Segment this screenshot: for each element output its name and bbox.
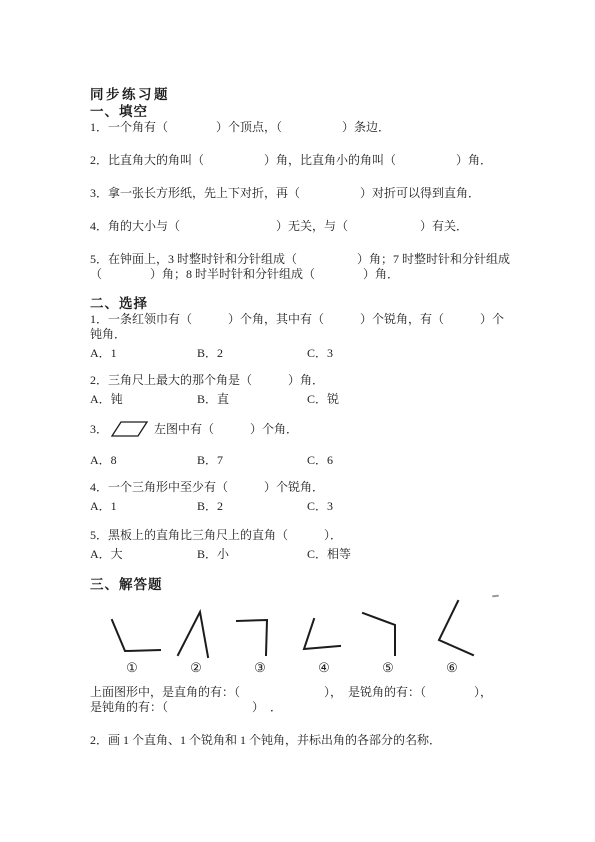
- section2-heading: 二、选择: [90, 295, 560, 312]
- angle-figure-3: ③: [228, 597, 292, 675]
- angle-figure-4: ④: [292, 597, 356, 675]
- option-b: B．2: [197, 499, 307, 514]
- figure-label-6: ⑥: [420, 660, 484, 675]
- section3-heading: 三、解答题: [90, 576, 560, 593]
- s1-question-5-line2: （ ）角；8 时半时针和分针组成（ ）角．: [90, 267, 560, 282]
- option-c: C．相等: [307, 547, 351, 562]
- worksheet-content: 同步练习题 一、填空 1．一个角有（ ）个顶点，（ ）条边． 2．比直角大的角叫…: [90, 86, 560, 748]
- acute-angle-icon: [292, 597, 356, 659]
- angle-figure-1: ①: [100, 597, 164, 675]
- obtuse-angle-icon: [356, 597, 420, 659]
- option-b: B．直: [197, 392, 307, 407]
- acute-angle-icon: [420, 597, 484, 659]
- s2-question-3: 3． 左图中有（ ）个角． A．8 B．7 C．6: [90, 419, 560, 468]
- s2-question-5-options: A．大 B．小 C．相等: [90, 547, 560, 562]
- acute-angle-icon: [164, 597, 228, 659]
- option-a: A．钝: [90, 392, 197, 407]
- obtuse-angle-icon: [100, 597, 164, 659]
- option-b: B．2: [197, 346, 307, 361]
- s1-question-1: 1．一个角有（ ）个顶点，（ ）条边．: [90, 120, 560, 135]
- option-b: B．7: [197, 453, 307, 468]
- s2-question-4-options: A．1 B．2 C．3: [90, 499, 560, 514]
- s3-question-1-line2: 是钝角的有：（ ） ．: [90, 700, 560, 715]
- s3-question-1: 上面图形中，是直角的有：（ ）， 是锐角的有：（ ）， 是钝角的有：（ ） ．: [90, 685, 560, 715]
- s2-question-5: 5．黑板上的直角比三角尺上的直角（ ）． A．大 B．小 C．相等: [90, 528, 560, 562]
- angle-figures-row: ① ② ③ ④: [100, 597, 560, 675]
- s2-question-2-options: A．钝 B．直 C．锐: [90, 392, 560, 407]
- s2-question-3-line: 3． 左图中有（ ）个角．: [90, 419, 560, 439]
- figure-label-3: ③: [228, 660, 292, 675]
- s2-question-3-options: A．8 B．7 C．6: [90, 453, 560, 468]
- figure-label-5: ⑤: [356, 660, 420, 675]
- s2-question-1-line1: 1．一条红领巾有（ ）个角，其中有（ ）个锐角，有（ ）个: [90, 312, 560, 327]
- angle-figure-2: ②: [164, 597, 228, 675]
- s2-question-4: 4．一个三角形中至少有（ ）个锐角． A．1 B．2 C．3: [90, 480, 560, 514]
- s2-question-4-text: 4．一个三角形中至少有（ ）个锐角．: [90, 480, 560, 495]
- s1-question-3: 3．拿一张长方形纸，先上下对折，再（ ）对折可以得到直角．: [90, 186, 560, 201]
- right-angle-icon: [228, 597, 292, 659]
- page-title: 同步练习题: [90, 86, 560, 103]
- parallelogram-icon: [110, 420, 150, 438]
- option-a: A．8: [90, 453, 197, 468]
- s3-question-1-line1: 上面图形中，是直角的有：（ ）， 是锐角的有：（ ），: [90, 685, 560, 700]
- figure-label-2: ②: [164, 660, 228, 675]
- s1-question-4: 4．角的大小与（ ）无关，与（ ）有关．: [90, 219, 560, 234]
- option-a: A．大: [90, 547, 197, 562]
- angle-figure-6: ⑥: [420, 597, 484, 675]
- figure-label-1: ①: [100, 660, 164, 675]
- s2-question-1-line2: 钝角．: [90, 327, 560, 342]
- worksheet-page: 同步练习题 一、填空 1．一个角有（ ）个顶点，（ ）条边． 2．比直角大的角叫…: [0, 0, 595, 842]
- question-number: 3．: [90, 419, 108, 439]
- s2-question-1: 1．一条红领巾有（ ）个角，其中有（ ）个锐角，有（ ）个 钝角． A．1 B．…: [90, 312, 560, 361]
- option-c: C．6: [307, 453, 333, 468]
- option-c: C．锐: [307, 392, 339, 407]
- section1-heading: 一、填空: [90, 103, 560, 120]
- s2-question-2: 2．三角尺上最大的那个角是（ ）角． A．钝 B．直 C．锐: [90, 373, 560, 407]
- s2-question-3-text: 左图中有（ ）个角．: [154, 419, 298, 439]
- figure-label-4: ④: [292, 660, 356, 675]
- s3-question-2: 2．画 1 个直角、1 个锐角和 1 个钝角，并标出角的各部分的名称．: [90, 733, 560, 748]
- option-a: A．1: [90, 346, 197, 361]
- angle-figure-5: ⑤: [356, 597, 420, 675]
- option-c: C．3: [307, 499, 333, 514]
- option-c: C．3: [307, 346, 333, 361]
- s1-question-5-line1: 5．在钟面上，3 时整时针和分针组成（ ）角；7 时整时针和分针组成: [90, 252, 560, 267]
- option-b: B．小: [197, 547, 307, 562]
- s2-question-2-text: 2．三角尺上最大的那个角是（ ）角．: [90, 373, 560, 388]
- s1-question-5: 5．在钟面上，3 时整时针和分针组成（ ）角；7 时整时针和分针组成 （ ）角；…: [90, 252, 560, 282]
- option-a: A．1: [90, 499, 197, 514]
- s2-question-5-text: 5．黑板上的直角比三角尺上的直角（ ）．: [90, 528, 560, 543]
- s1-question-2: 2．比直角大的角叫（ ）角，比直角小的角叫（ ）角．: [90, 153, 560, 168]
- s2-question-1-options: A．1 B．2 C．3: [90, 346, 560, 361]
